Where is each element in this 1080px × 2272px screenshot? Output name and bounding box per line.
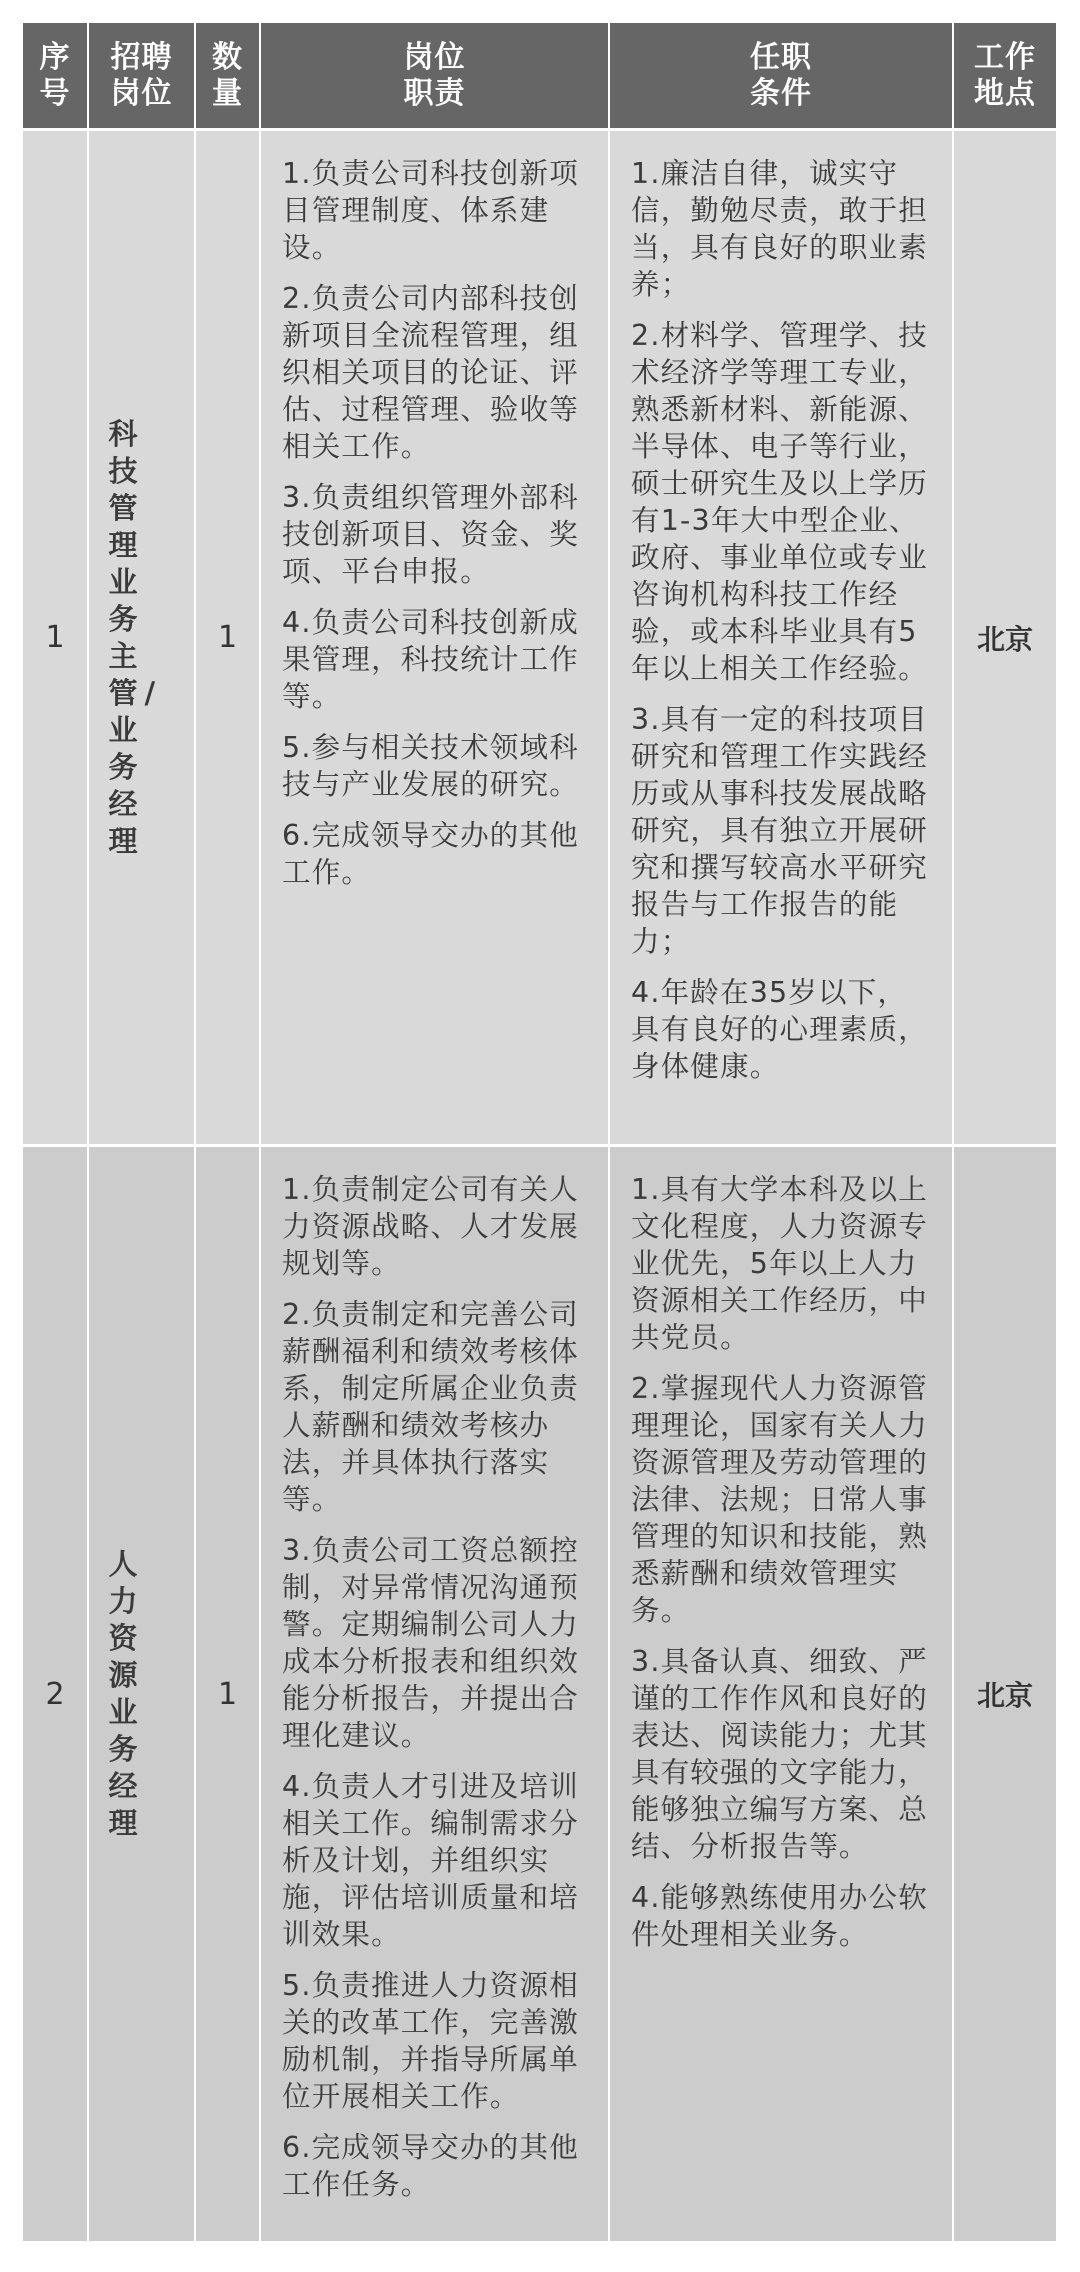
duty-item: 4.负责人才引进及培训相关工作。编制需求分析及计划，并组织实施，评估培训质量和培…	[282, 1768, 590, 1953]
header-duties: 岗位 职责	[261, 23, 608, 128]
header-index: 序 号	[23, 23, 87, 128]
requirement-item: 1.廉洁自律，诚实守信，勤勉尽责，敢于担当，具有良好的职业素养；	[631, 155, 934, 303]
duty-item: 1.负责制定公司有关人力资源战略、人才发展规划等。	[282, 1171, 590, 1282]
requirement-item: 2.材料学、管理学、技术经济学等理工专业，熟悉新材料、新能源、半导体、电子等行业…	[631, 317, 934, 687]
duty-item: 5.负责推进人力资源相关的改革工作，完善激励机制，并指导所属单位开展相关工作。	[282, 1967, 590, 2115]
row1-position: 科技管理业务主管/业务经理	[89, 131, 194, 1144]
duty-item: 2.负责公司内部科技创新项目全流程管理，组织相关项目的论证、评估、过程管理、验收…	[282, 280, 590, 465]
row1-requirements: 1.廉洁自律，诚实守信，勤勉尽责，敢于担当，具有良好的职业素养； 2.材料学、管…	[610, 131, 952, 1144]
header-count: 数 量	[196, 23, 259, 128]
row2-duties: 1.负责制定公司有关人力资源战略、人才发展规划等。 2.负责制定和完善公司薪酬福…	[261, 1147, 608, 2241]
duty-item: 6.完成领导交办的其他工作。	[282, 817, 590, 891]
row2-position: 人力资源业务经理	[89, 1147, 194, 2241]
requirement-item: 1.具有大学本科及以上文化程度，人力资源专业优先，5年以上人力资源相关工作经历，…	[631, 1171, 934, 1356]
header-position: 招聘 岗位	[89, 23, 194, 128]
row2-location: 北京	[954, 1147, 1056, 2241]
duty-item: 3.负责公司工资总额控制，对异常情况沟通预警。定期编制公司人力成本分析报表和组织…	[282, 1532, 590, 1754]
requirement-item: 4.年龄在35岁以下，具有良好的心理素质，身体健康。	[631, 974, 934, 1085]
row1-duties: 1.负责公司科技创新项目管理制度、体系建设。 2.负责公司内部科技创新项目全流程…	[261, 131, 608, 1144]
row1-location: 北京	[954, 131, 1056, 1144]
duty-item: 4.负责公司科技创新成果管理，科技统计工作等。	[282, 604, 590, 715]
header-requirements: 任职 条件	[610, 23, 952, 128]
requirement-item: 3.具备认真、细致、严谨的工作作风和良好的表达、阅读能力；尤其具有较强的文字能力…	[631, 1643, 934, 1865]
row2-requirements: 1.具有大学本科及以上文化程度，人力资源专业优先，5年以上人力资源相关工作经历，…	[610, 1147, 952, 2241]
duty-item: 2.负责制定和完善公司薪酬福利和绩效考核体系，制定所属企业负责人薪酬和绩效考核办…	[282, 1296, 590, 1518]
duty-item: 1.负责公司科技创新项目管理制度、体系建设。	[282, 155, 590, 266]
header-location: 工作 地点	[954, 23, 1056, 128]
duty-item: 3.负责组织管理外部科技创新项目、资金、奖项、平台申报。	[282, 479, 590, 590]
duty-item: 5.参与相关技术领域科技与产业发展的研究。	[282, 729, 590, 803]
duty-item: 6.完成领导交办的其他工作任务。	[282, 2129, 590, 2203]
job-table: 序 号 招聘 岗位 数 量 岗位 职责 任职 条件 工作 地点 1 科技管理业务…	[23, 23, 1056, 2241]
row1-count: 1	[196, 131, 259, 1144]
requirement-item: 3.具有一定的科技项目研究和管理工作实践经历或从事科技发展战略研究，具有独立开展…	[631, 701, 934, 960]
requirement-item: 2.掌握现代人力资源管理理论，国家有关人力资源管理及劳动管理的法律、法规；日常人…	[631, 1370, 934, 1629]
row2-index: 2	[23, 1147, 87, 2241]
requirement-item: 4.能够熟练使用办公软件处理相关业务。	[631, 1879, 934, 1953]
row2-count: 1	[196, 1147, 259, 2241]
row1-index: 1	[23, 131, 87, 1144]
